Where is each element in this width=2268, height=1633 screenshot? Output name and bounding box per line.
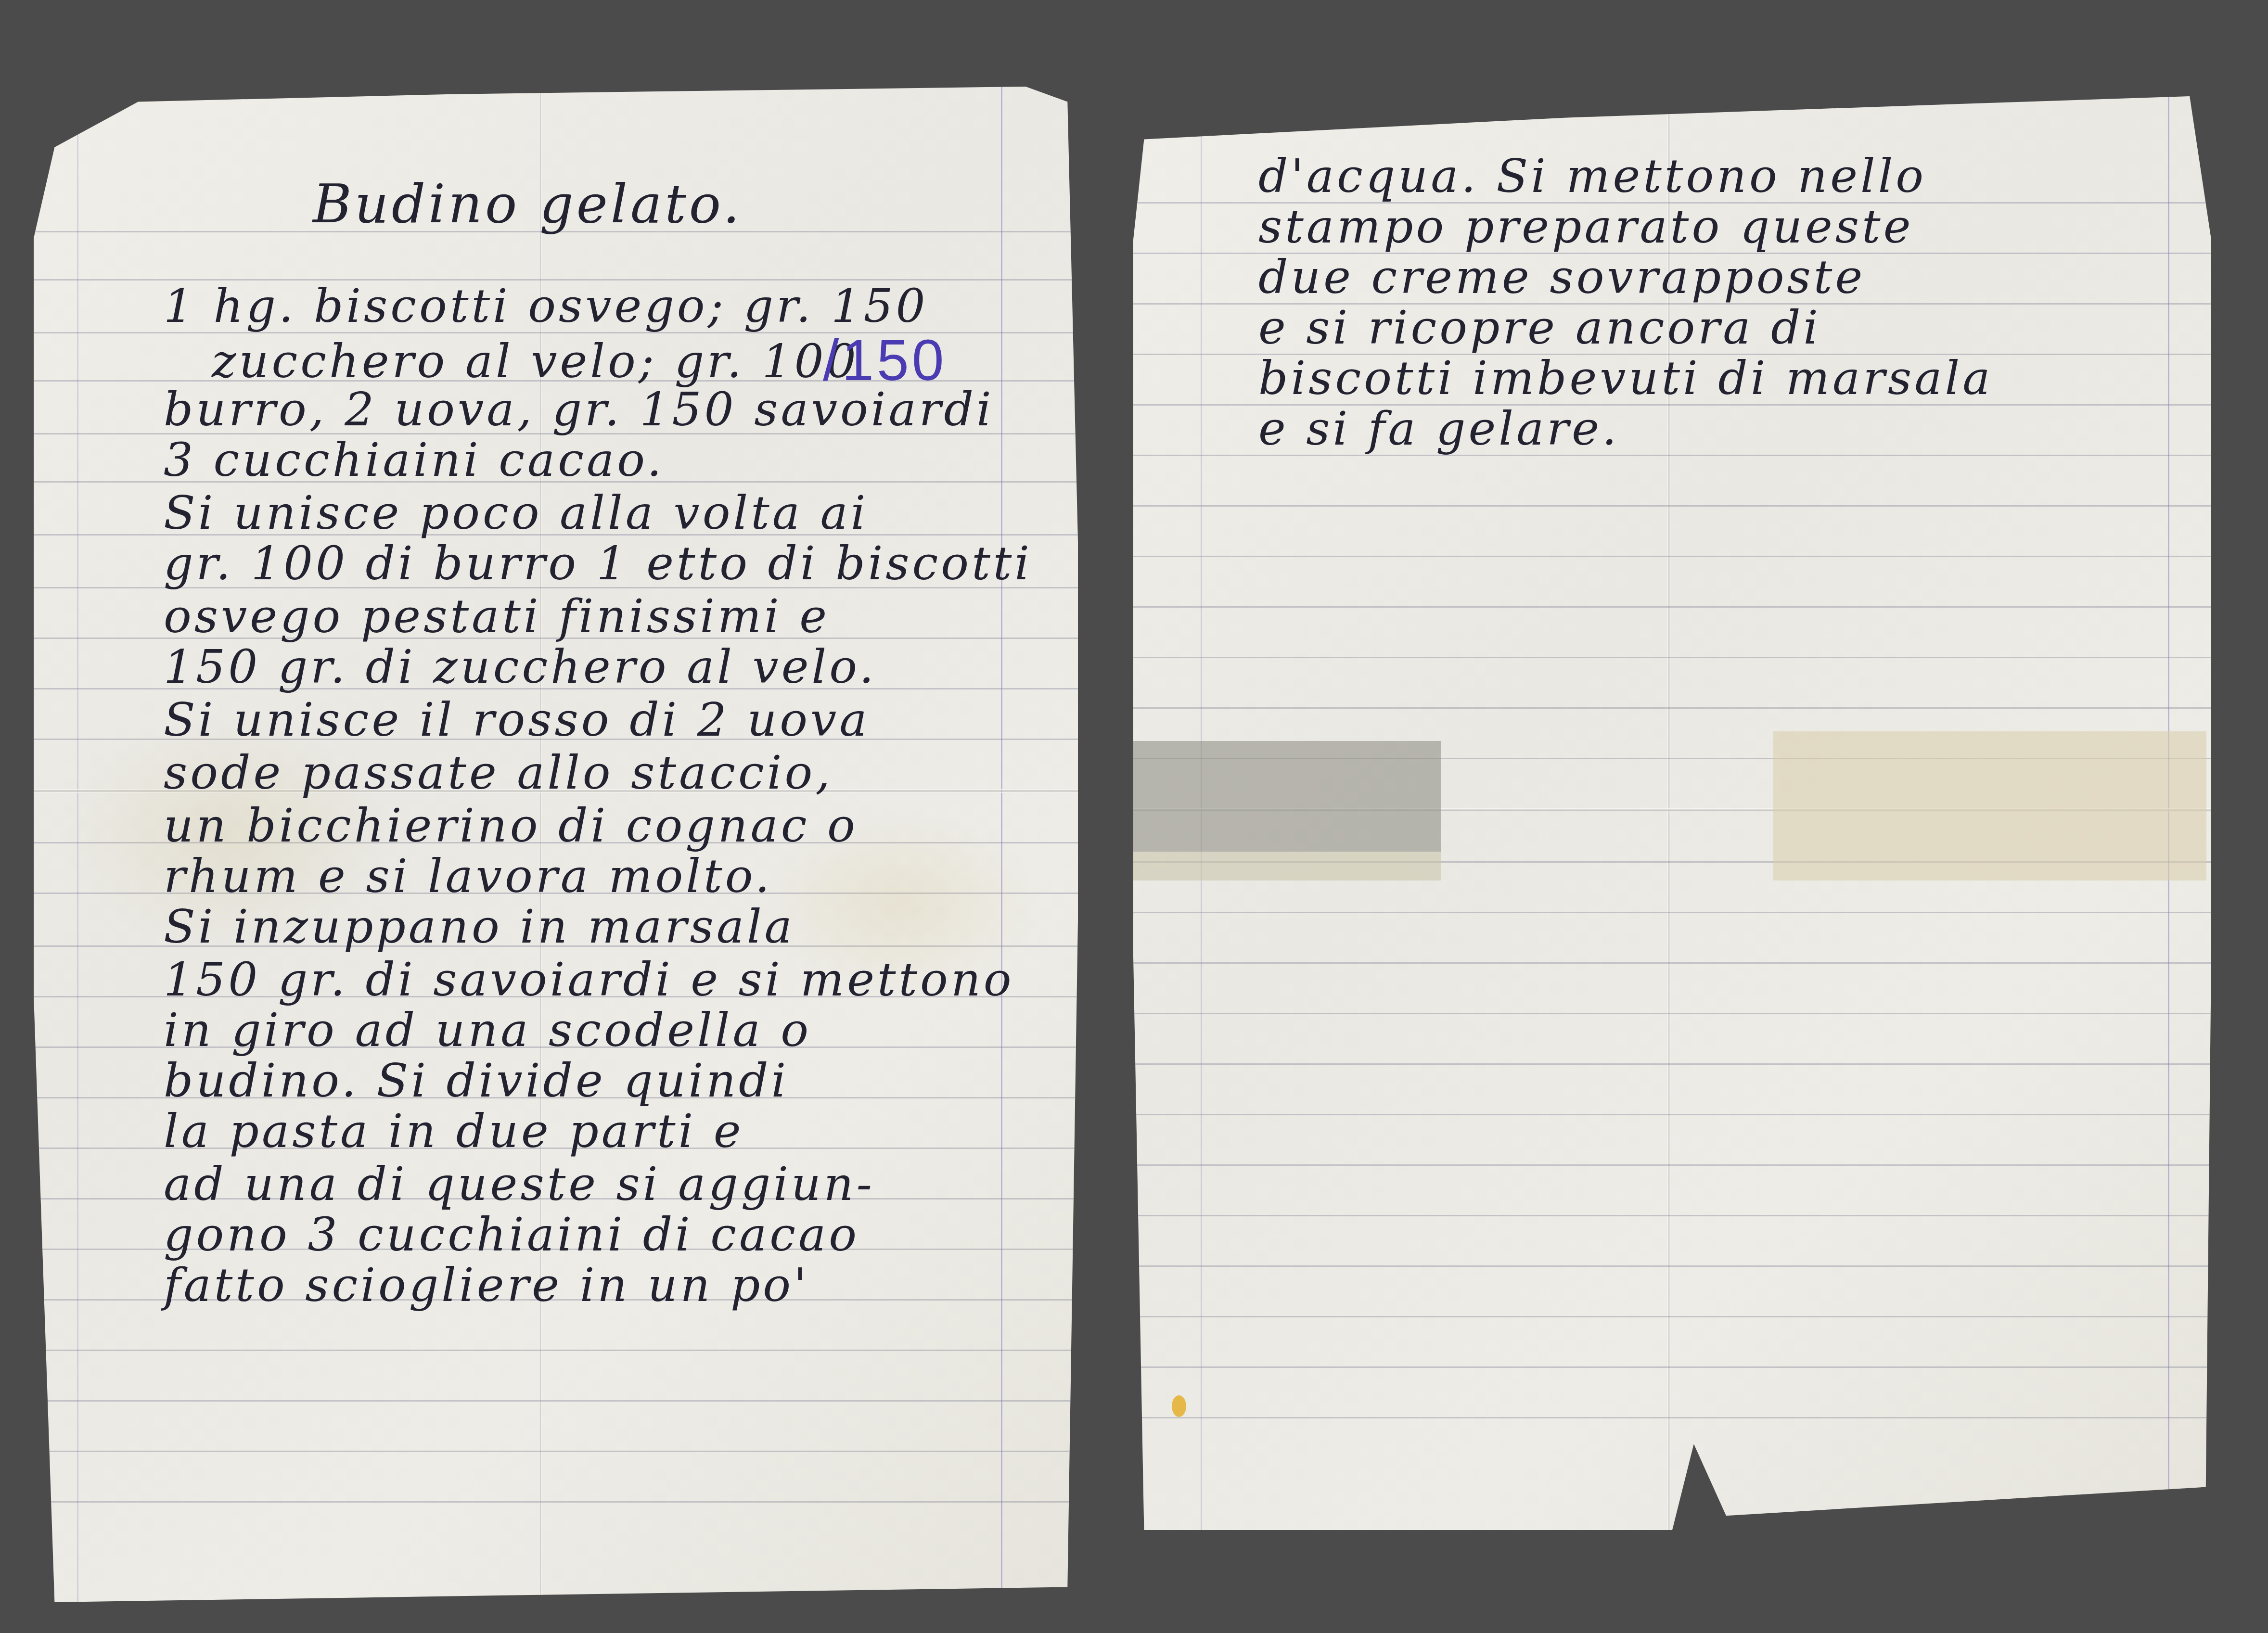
recipe-line: ad una di queste si aggiun- <box>164 1157 875 1211</box>
ruled-line <box>34 1350 1078 1351</box>
recipe-line: in giro ad una scodella o <box>164 1003 811 1057</box>
ruled-line <box>1133 1265 2211 1267</box>
recipe-line: rhum e si lavora molto. <box>164 849 772 903</box>
recipe-line: 150 gr. di savoiardi e si mettono <box>164 953 1014 1007</box>
ruled-line <box>1133 606 2211 608</box>
recipe-line: 1 hg. biscotti osvego; gr. 150 <box>164 279 928 333</box>
ruled-line <box>1133 1417 2211 1418</box>
recipe-line: un bicchierino di cognac o <box>164 799 858 853</box>
ruled-line <box>1133 912 2211 913</box>
recipe-line: Si unisce il rosso di 2 uova <box>164 693 870 747</box>
recipe-title: Budino gelato. <box>313 173 743 235</box>
ruled-line <box>1133 962 2211 964</box>
ruled-line <box>1133 556 2211 557</box>
recipe-line: d'acqua. Si mettono nello <box>1258 149 1926 203</box>
recipe-line: burro, 2 uova, gr. 150 savoiardi <box>164 383 994 436</box>
recipe-line: la pasta in due parti e <box>164 1104 744 1158</box>
recipe-line: due creme sovrapposte <box>1258 250 1865 304</box>
ruled-line <box>1133 1013 2211 1014</box>
left-page: Budino gelato. 1 hg. biscotti osvego; gr… <box>34 87 1078 1602</box>
ruled-line <box>1133 707 2211 709</box>
ruled-line <box>34 1451 1078 1452</box>
recipe-line: osvego pestati finissimi e <box>164 589 830 643</box>
recipe-line: stampo preparato queste <box>1258 200 1913 254</box>
recipe-line: sode passate allo staccio, <box>164 746 833 800</box>
right-page: d'acqua. Si mettono nello stampo prepara… <box>1133 96 2211 1530</box>
ruled-line <box>1133 1366 2211 1368</box>
ruled-line <box>1133 1215 2211 1216</box>
recipe-line: gono 3 cucchiaini di cacao <box>164 1208 859 1262</box>
tape-strip <box>1133 741 1441 852</box>
ruled-line <box>1133 505 2211 507</box>
recipe-line: zucchero al velo; gr. 100 <box>212 334 859 388</box>
tape-strip <box>1773 731 2206 880</box>
recipe-line: Si unisce poco alla volta ai <box>164 486 868 540</box>
recipe-line: 150 gr. di zucchero al velo. <box>164 640 877 694</box>
recipe-line: Si inzuppano in marsala <box>164 900 795 954</box>
ruled-line <box>1133 1114 2211 1115</box>
food-stain-spot <box>1172 1395 1186 1417</box>
ruled-line <box>34 1501 1078 1503</box>
ruled-line <box>1133 1063 2211 1065</box>
ruled-line <box>1133 1164 2211 1166</box>
recipe-line: 3 cucchiaini cacao. <box>164 433 665 487</box>
tape-strip <box>1133 852 1441 880</box>
ruled-line <box>1133 1316 2211 1317</box>
ruled-line <box>34 1400 1078 1402</box>
recipe-line: e si fa gelare. <box>1258 402 1620 456</box>
recipe-line: fatto sciogliere in un po' <box>164 1258 809 1312</box>
recipe-line: biscotti imbevuti di marsala <box>1258 351 1993 405</box>
ruled-line <box>1133 657 2211 658</box>
recipe-line: e si ricopre ancora di <box>1258 301 1821 355</box>
recipe-line: gr. 100 di burro 1 etto di biscotti <box>164 536 1032 590</box>
recipe-line: budino. Si divide quindi <box>164 1054 789 1108</box>
